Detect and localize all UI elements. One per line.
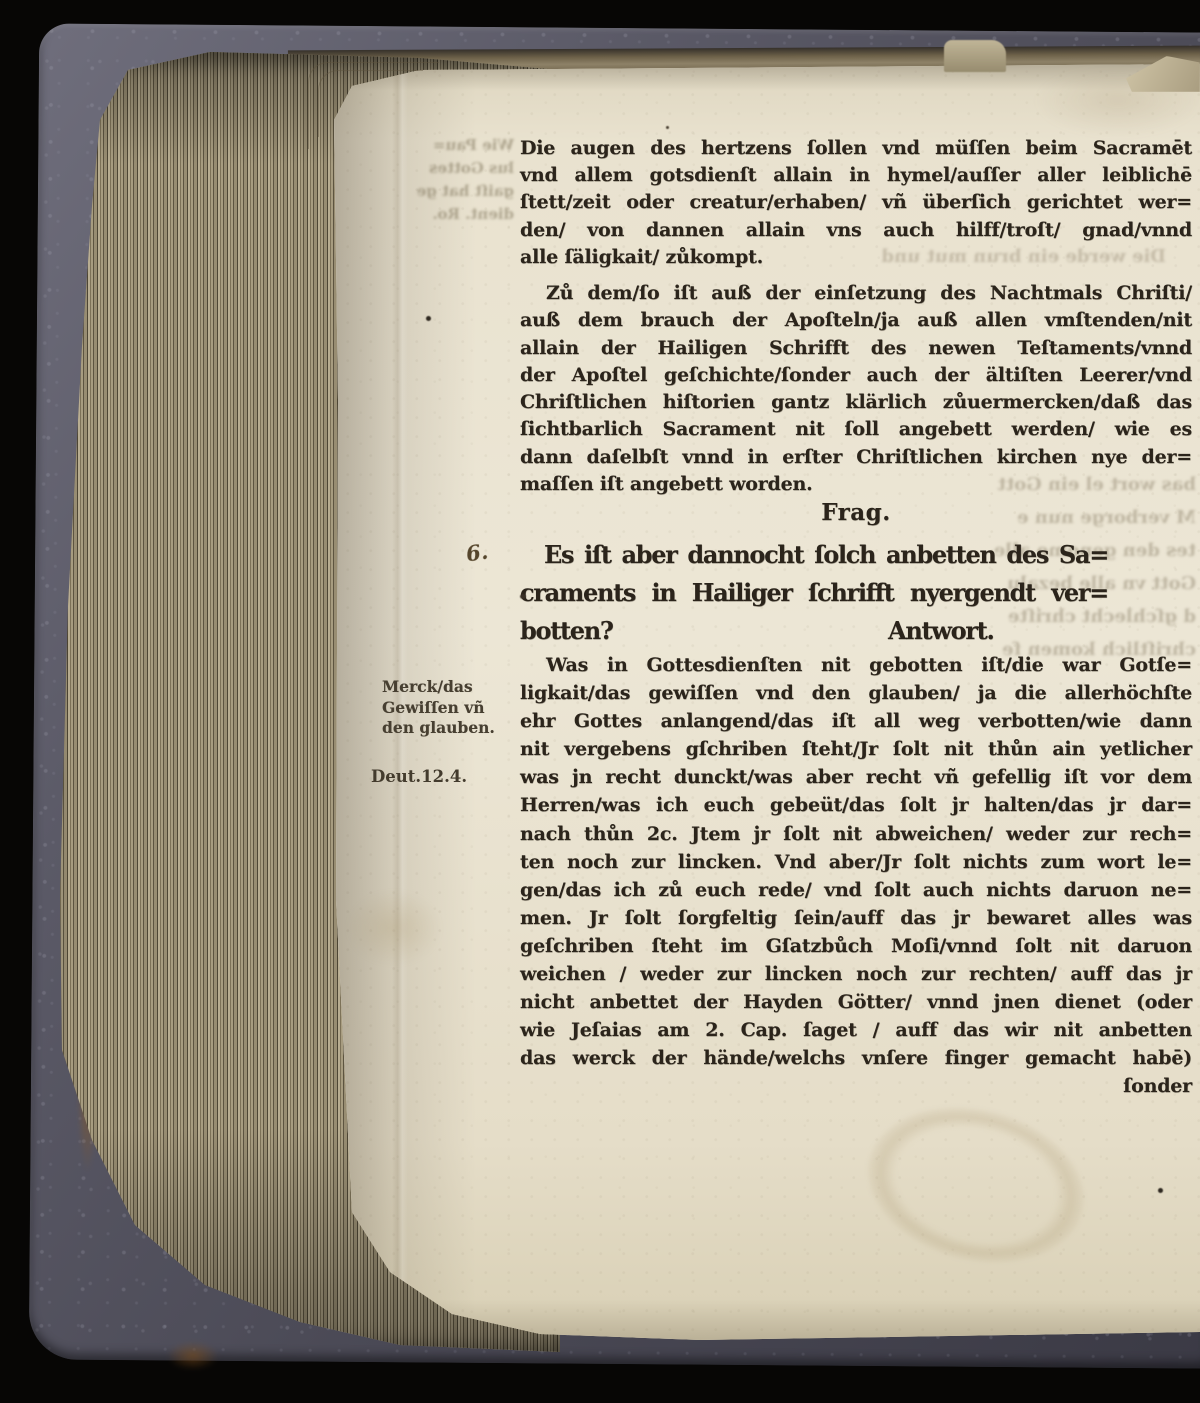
text-line: dann daſelbſt vnnd in erſter Chriſtliche… bbox=[520, 444, 1192, 471]
book-photo: Wie Pau= lus Gottes gaiſt hat ge dient. … bbox=[0, 0, 1200, 1403]
text-line: men. Jr ſolt ſorgfeltig ſein/auff das jr… bbox=[520, 904, 1192, 932]
margin-note-line: den glauben. bbox=[382, 718, 514, 739]
text-line: Was in Gottesdienſten nit gebotten iſt/d… bbox=[520, 651, 1192, 679]
text-line: Die augen des hertzens ſollen vnd müſſen… bbox=[520, 135, 1192, 162]
answer-label: Antwort. bbox=[888, 612, 994, 650]
bleedthrough-line: gaiſt hat ge bbox=[388, 180, 514, 203]
text-line: maſſen iſt angebett worden. bbox=[520, 471, 1192, 498]
ink-speck bbox=[520, 594, 526, 599]
text-line: ligkait/das gewiſſen vnd den glauben/ ja… bbox=[520, 679, 1192, 707]
section-heading-frag: Frag. bbox=[520, 499, 1192, 526]
binding-tab bbox=[944, 40, 1006, 72]
sheet-corner-line bbox=[318, 70, 423, 137]
text-line: nach thůn 2c. Jtem jr ſolt nit abweichen… bbox=[520, 820, 1192, 848]
paper-stain bbox=[851, 1086, 1101, 1285]
margin-note-line: Merck/das bbox=[382, 677, 514, 698]
text-line: der Apoſtel geſchichte/ſonder auch der ä… bbox=[520, 362, 1192, 389]
text-line: vnd allem gotsdienſt allain in hymel/auſ… bbox=[520, 162, 1192, 189]
ink-speck bbox=[1158, 1188, 1163, 1193]
text-line: allain der Hailigen Schrifft des newen T… bbox=[520, 335, 1192, 362]
bleedthrough-line: dient. Ro. bbox=[388, 203, 514, 226]
margin-note-merck: Merck/das Gewiſſen vñ den glauben. bbox=[382, 677, 514, 739]
text-line: was jn recht dunckt/was aber recht vñ ge… bbox=[520, 763, 1192, 791]
text-line: nicht anbettet der Hayden Götter/ vnnd j… bbox=[520, 988, 1192, 1016]
margin-scripture-ref: Deut.12.4. bbox=[371, 767, 511, 786]
cover-worn-spot bbox=[167, 1340, 219, 1370]
text-line: geſchriben ſteht im Gſatzbůch Moſi/vnnd … bbox=[520, 932, 1192, 960]
text-line: gen/das ich zů euch rede/ vnd ſolt auch … bbox=[520, 876, 1192, 904]
question-line: Es iſt aber dannocht ſolch anbetten des … bbox=[520, 536, 1108, 574]
catchword: ſonder bbox=[520, 1075, 1192, 1097]
text-line: ehr Gottes anlangend/das iſt all weg ver… bbox=[520, 707, 1192, 735]
paragraph: Zů dem/ſo iſt auß der einſetzung des Nac… bbox=[520, 280, 1192, 498]
handwritten-mark: 6. bbox=[464, 539, 489, 567]
paragraph: Die augen des hertzens ſollen vnd müſſen… bbox=[520, 135, 1192, 271]
text-line: Herren/was ich euch gebeüt/das ſolt jr h… bbox=[520, 791, 1192, 819]
text-line: den/ von dannen allain vns auch hilff/tr… bbox=[520, 217, 1192, 244]
text-line: das werck der hände/welchs vnſere finger… bbox=[520, 1044, 1192, 1072]
text-line: auß dem brauch der Apoſteln/ja auß allen… bbox=[520, 307, 1192, 334]
ink-speck bbox=[426, 316, 431, 321]
question-block: Es iſt aber dannocht ſolch anbetten des … bbox=[520, 536, 1108, 650]
text-line: weichen / weder zur lincken noch zur rec… bbox=[520, 960, 1192, 988]
text-line: ten noch zur lincken. Vnd aber/Jr ſolt n… bbox=[520, 848, 1192, 876]
text-line: Zů dem/ſo iſt auß der einſetzung des Nac… bbox=[520, 280, 1192, 307]
bleedthrough-line: lus Gottes bbox=[388, 157, 514, 180]
ink-speck bbox=[666, 126, 669, 129]
question-line: botten? Antwort. bbox=[520, 612, 1108, 650]
margin-note-line: Gewiſſen vñ bbox=[382, 698, 514, 719]
paper-stain bbox=[346, 890, 442, 966]
text-line: nit vergebens gſchriben ſteht/Jr ſolt ni… bbox=[520, 735, 1192, 763]
answer-paragraph: Was in Gottesdienſten nit gebotten iſt/d… bbox=[520, 651, 1192, 1072]
text-line: alle ſäligkait/ zůkompt. bbox=[520, 244, 1192, 271]
question-end: botten? bbox=[520, 616, 613, 645]
text-line: Chriſtlichen hiſtorien gantz klärlich zů… bbox=[520, 389, 1192, 416]
text-line: ſtett/zeit oder creatur/erhaben/ vñ über… bbox=[520, 189, 1192, 216]
text-line: ſichtbarlich Sacrament nit ſoll angebett… bbox=[520, 416, 1192, 443]
question-line: craments in Hailiger ſchrifft nyergendt … bbox=[520, 574, 1108, 612]
text-line: wie Jeſaias am 2. Cap. ſaget / auff das … bbox=[520, 1016, 1192, 1044]
